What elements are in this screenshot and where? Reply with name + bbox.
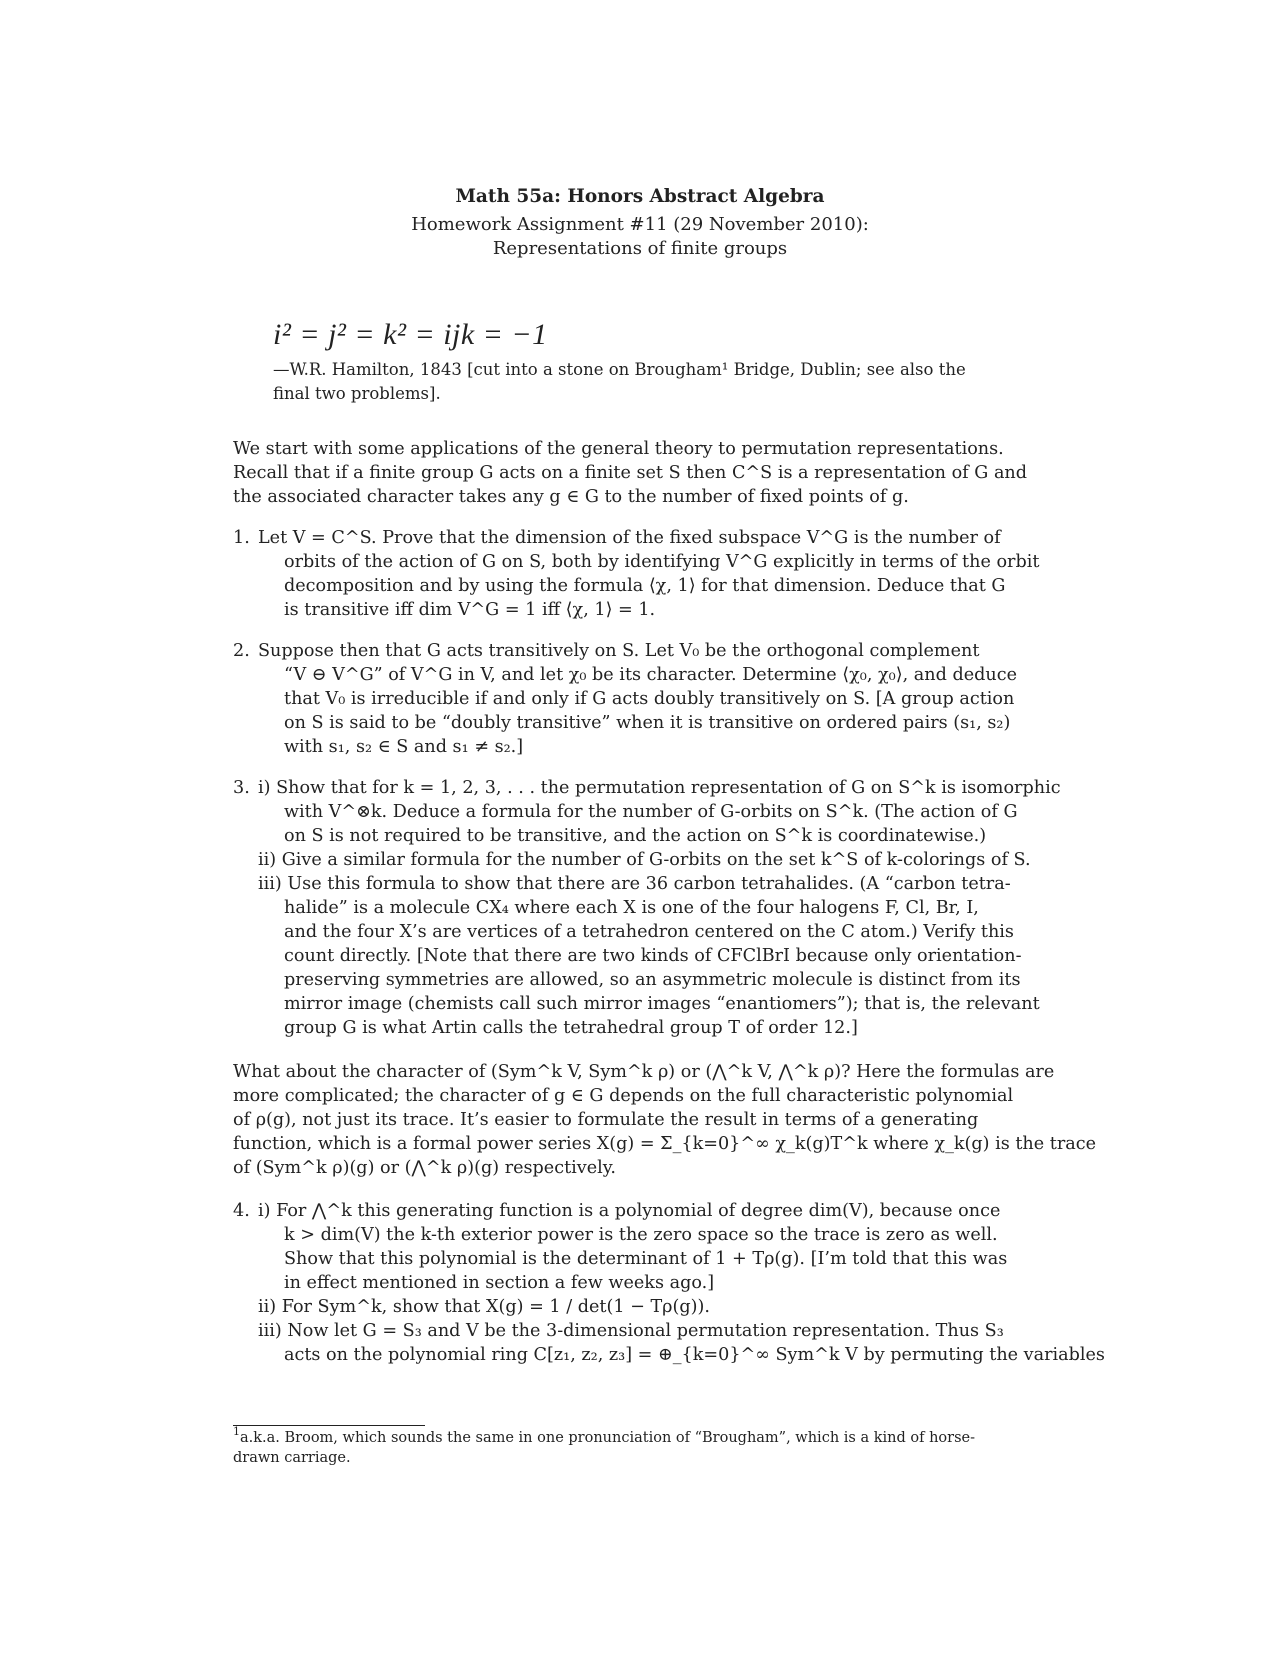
problem-3-part-iii-line-1: iii) Use this formula to show that there… xyxy=(258,872,1011,897)
problem-2-line-3: that V₀ is irreducible if and only if G … xyxy=(284,687,1014,712)
problem-4-part-iii-line-1: iii) Now let G = S₃ and V be the 3-dimen… xyxy=(258,1319,1004,1344)
problem-2-line-1: Suppose then that G acts transitively on… xyxy=(258,639,979,664)
problem-1-line-3: decomposition and by using the formula ⟨… xyxy=(284,574,1006,599)
problem-4-part-i-line-2: k > dim(V) the k-th exterior power is th… xyxy=(284,1223,998,1248)
problem-2-number: 2. xyxy=(233,639,250,664)
problem-1-line-2: orbits of the action of G on S, both by … xyxy=(284,550,1039,575)
problem-2-line-4: on S is said to be “doubly transitive” w… xyxy=(284,711,1010,736)
problem-4-part-i-line-1: i) For ⋀^k this generating function is a… xyxy=(258,1199,1000,1224)
problem-3-part-iii-line-5: preserving symmetries are allowed, so an… xyxy=(284,968,1021,993)
assignment-subtitle: Homework Assignment #11 (29 November 201… xyxy=(0,214,1280,235)
problem-4-part-i-line-3: Show that this polynomial is the determi… xyxy=(284,1247,1007,1272)
assignment-topic: Representations of finite groups xyxy=(0,238,1280,259)
problem-4-part-i-line-4: in effect mentioned in section a few wee… xyxy=(284,1271,714,1296)
problem-1-line-1: Let V = C^S. Prove that the dimension of… xyxy=(258,526,1001,551)
middle-line-4: function, which is a formal power series… xyxy=(233,1132,1096,1157)
middle-line-3: of ρ(g), not just its trace. It’s easier… xyxy=(233,1108,978,1133)
problem-4-number: 4. xyxy=(233,1199,250,1224)
course-title: Math 55a: Honors Abstract Algebra xyxy=(0,186,1280,207)
problem-3-part-i-line-3: on S is not required to be transitive, a… xyxy=(284,824,986,849)
intro-line-1: We start with some applications of the g… xyxy=(233,437,1004,462)
problem-3-part-iii-line-4: count directly. [Note that there are two… xyxy=(284,944,1022,969)
intro-line-3: the associated character takes any g ∈ G… xyxy=(233,485,909,510)
epigraph-equation: i² = j² = k² = ijk = −1 xyxy=(273,318,548,352)
problem-3-part-ii: ii) Give a similar formula for the numbe… xyxy=(258,848,1031,873)
footnote-marker: 1 xyxy=(233,1425,240,1438)
middle-line-1: What about the character of (Sym^k V, Sy… xyxy=(233,1060,1054,1085)
problem-1-line-4: is transitive iff dim V^G = 1 iff ⟨χ, 1⟩… xyxy=(284,598,655,623)
problem-4-part-ii: ii) For Sym^k, show that X(g) = 1 / det(… xyxy=(258,1295,710,1320)
epigraph-attribution-1: —W.R. Hamilton, 1843 [cut into a stone o… xyxy=(273,358,966,383)
intro-line-2: Recall that if a finite group G acts on … xyxy=(233,461,1027,486)
problem-3-part-i-line-1: i) Show that for k = 1, 2, 3, . . . the … xyxy=(258,776,1061,801)
problem-3-number: 3. xyxy=(233,776,250,801)
problem-3-part-iii-line-7: group G is what Artin calls the tetrahed… xyxy=(284,1016,858,1041)
problem-4-part-iii-line-2: acts on the polynomial ring C[z₁, z₂, z₃… xyxy=(284,1343,1105,1368)
problem-3-part-iii-line-2: halide” is a molecule CX₄ where each X i… xyxy=(284,896,979,921)
problem-2-line-2: “V ⊖ V^G” of V^G in V, and let χ₀ be its… xyxy=(284,663,1017,688)
middle-line-5: of (Sym^k ρ)(g) or (⋀^k ρ)(g) respective… xyxy=(233,1156,616,1181)
footnote-line-2: drawn carriage. xyxy=(233,1450,351,1466)
epigraph-attribution-2: final two problems]. xyxy=(273,382,441,407)
problem-2-line-5: with s₁, s₂ ∈ S and s₁ ≠ s₂.] xyxy=(284,735,523,760)
middle-line-2: more complicated; the character of g ∈ G… xyxy=(233,1084,1013,1109)
footnote-rule xyxy=(233,1425,425,1426)
footnote-text-1: a.k.a. Broom, which sounds the same in o… xyxy=(240,1430,975,1446)
document-page: Math 55a: Honors Abstract Algebra Homewo… xyxy=(0,0,1280,1656)
problem-3-part-iii-line-3: and the four X’s are vertices of a tetra… xyxy=(284,920,1014,945)
footnote-line-1: 1a.k.a. Broom, which sounds the same in … xyxy=(233,1430,975,1446)
problem-1-number: 1. xyxy=(233,526,250,551)
problem-3-part-i-line-2: with V^⊗k. Deduce a formula for the numb… xyxy=(284,800,1018,825)
problem-3-part-iii-line-6: mirror image (chemists call such mirror … xyxy=(284,992,1040,1017)
